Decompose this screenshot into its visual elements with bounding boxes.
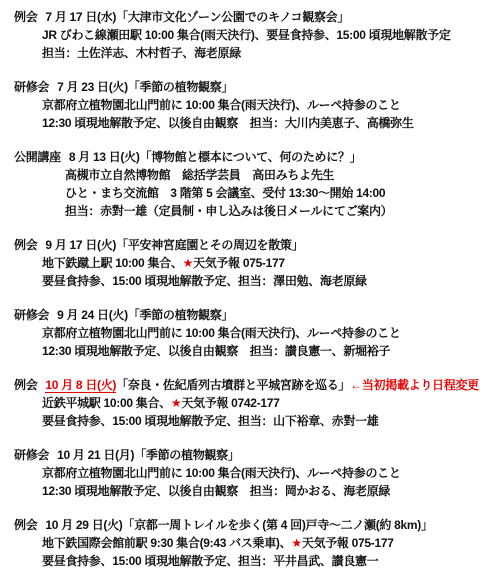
- event-text: 9 月 17 日(火)「平安神宮庭園とその周辺を散策」: [45, 238, 303, 252]
- event-detail-line: 近鉄平城駅 10:00 集合、★天気予報 0742-177: [42, 394, 478, 412]
- star-icon: ★: [171, 396, 181, 410]
- event-detail-line: 京都府立植物園北山門前に 10:00 集合(雨天決行)、ルーペ持参のこと: [42, 324, 478, 342]
- event-detail-line: 京都府立植物園北山門前に 10:00 集合(雨天決行)、ルーペ持参のこと: [42, 96, 478, 114]
- event-detail-line: 京都府立植物園北山門前に 10:00 集合(雨天決行)、ルーペ持参のこと: [42, 464, 478, 482]
- event-text: 12:30 頃現地解散予定、以後自由観察 担当：大川内美恵子、高橋弥生: [42, 116, 414, 130]
- event-text: JR びわこ線瀬田駅 10:00 集合(雨天決行)、要昼食持参、15:00 頃現…: [42, 28, 451, 42]
- event-text: 12:30 頃現地解散予定、以後自由観察 担当：岡かおる、海老原緑: [42, 484, 390, 498]
- event-category-label: 例会: [14, 238, 37, 252]
- event-detail-line: 高槻市立自然博物館 総括学芸員 高田みちよ先生: [65, 166, 478, 184]
- event-entry: 研修会10 月 21 日(月)「季節の植物観察」京都府立植物園北山門前に 10:…: [14, 446, 478, 500]
- event-entry: 例会7 月 17 日(水)「大津市文化ゾーン公園でのキノコ観察会」JR びわこ線…: [14, 8, 478, 62]
- event-text: 高槻市立自然博物館 総括学芸員 高田みちよ先生: [65, 168, 334, 182]
- event-entry: 公開講座8 月 13 日(火)「博物館と標本について、何のために？」高槻市立自然…: [14, 148, 478, 220]
- event-text: ひと・まち交流館 3 階第 5 会議室、受付 13:30～開始 14:00: [65, 186, 385, 200]
- event-detail-line: 要昼食持参、15:00 頃現地解散予定、担当：山下裕章、赤對一雄: [42, 412, 478, 430]
- event-category-label: 研修会: [14, 80, 49, 94]
- event-category-label: 公開講座: [14, 150, 61, 164]
- star-icon: ★: [183, 256, 193, 270]
- event-title-line: 例会7 月 17 日(水)「大津市文化ゾーン公園でのキノコ観察会」: [14, 8, 478, 26]
- event-text: 要昼食持参、15:00 頃現地解散予定、担当：平井昌武、讃良憲一: [42, 554, 378, 568]
- event-text: 天気予報 075-177: [193, 256, 285, 270]
- event-title-line: 例会10 月 8 日(火)「奈良・佐紀盾列古墳群と平城宮跡を巡る」←当初掲載より…: [14, 376, 478, 394]
- event-title-line: 研修会7 月 23 日(火)「季節の植物観察」: [14, 78, 478, 96]
- event-detail-line: 担当：赤對一雄（定員制・申し込みは後日メールにてご案内）: [65, 202, 478, 220]
- event-detail-line: 地下鉄国際会館前駅 9:30 集合(9:43 バス乗車)、★天気予報 075-1…: [42, 534, 478, 552]
- event-entry: 研修会9 月 24 日(火)「季節の植物観察」京都府立植物園北山門前に 10:0…: [14, 306, 478, 360]
- event-text: 9 月 24 日(火)「季節の植物観察」: [57, 308, 233, 322]
- event-text: 7 月 17 日(水)「大津市文化ゾーン公園でのキノコ観察会」: [45, 10, 349, 24]
- event-text: 要昼食持参、15:00 頃現地解散予定、担当：澤田勉、海老原緑: [42, 274, 367, 288]
- event-detail-line: 担当：土佐洋志、木村哲子、海老原緑: [42, 44, 478, 62]
- event-detail-line: 12:30 頃現地解散予定、以後自由観察 担当：岡かおる、海老原緑: [42, 482, 478, 500]
- event-text: 京都府立植物園北山門前に 10:00 集合(雨天決行)、ルーペ持参のこと: [42, 326, 401, 340]
- event-text: 10 月 29 日(火)「京都一周トレイルを歩く(第 4 回)戸寺～二ノ瀬(約 …: [45, 518, 432, 532]
- event-text: 「奈良・佐紀盾列古墳群と平城宮跡を巡る」: [116, 378, 350, 392]
- event-title-line: 例会9 月 17 日(火)「平安神宮庭園とその周辺を散策」: [14, 236, 478, 254]
- event-category-label: 例会: [14, 378, 37, 392]
- event-entry: 例会10 月 29 日(火)「京都一周トレイルを歩く(第 4 回)戸寺～二ノ瀬(…: [14, 516, 478, 570]
- event-text: 京都府立植物園北山門前に 10:00 集合(雨天決行)、ルーペ持参のこと: [42, 466, 401, 480]
- event-text: 担当：赤對一雄（定員制・申し込みは後日メールにてご案内）: [65, 204, 392, 218]
- event-text: 天気予報 0742-177: [181, 396, 279, 410]
- event-text: 担当：土佐洋志、木村哲子、海老原緑: [42, 46, 241, 60]
- event-text: 10 月 21 日(月)「季節の植物観察」: [57, 448, 239, 462]
- event-title-line: 例会10 月 29 日(火)「京都一周トレイルを歩く(第 4 回)戸寺～二ノ瀬(…: [14, 516, 478, 534]
- event-title-line: 研修会9 月 24 日(火)「季節の植物観察」: [14, 306, 478, 324]
- star-icon: ★: [291, 536, 301, 550]
- event-text: 天気予報 075-177: [302, 536, 394, 550]
- event-text: 地下鉄国際会館前駅 9:30 集合(9:43 バス乗車)、: [42, 536, 291, 550]
- event-entry: 例会9 月 17 日(火)「平安神宮庭園とその周辺を散策」地下鉄蹴上駅 10:0…: [14, 236, 478, 290]
- event-title-line: 公開講座8 月 13 日(火)「博物館と標本について、何のために？」: [14, 148, 478, 166]
- event-detail-line: 要昼食持参、15:00 頃現地解散予定、担当：平井昌武、讃良憲一: [42, 552, 478, 570]
- event-text: 近鉄平城駅 10:00 集合、: [42, 396, 171, 410]
- event-detail-line: ひと・まち交流館 3 階第 5 会議室、受付 13:30～開始 14:00: [65, 184, 478, 202]
- event-text: 12:30 頃現地解散予定、以後自由観察 担当：讃良憲一、新堀裕子: [42, 344, 390, 358]
- event-title-line: 研修会10 月 21 日(月)「季節の植物観察」: [14, 446, 478, 464]
- event-detail-line: 12:30 頃現地解散予定、以後自由観察 担当：大川内美恵子、高橋弥生: [42, 114, 478, 132]
- event-text: 7 月 23 日(火)「季節の植物観察」: [57, 80, 233, 94]
- event-text: 地下鉄蹴上駅 10:00 集合、: [42, 256, 183, 270]
- event-entry: 例会10 月 8 日(火)「奈良・佐紀盾列古墳群と平城宮跡を巡る」←当初掲載より…: [14, 376, 478, 430]
- event-text: 要昼食持参、15:00 頃現地解散予定、担当：山下裕章、赤對一雄: [42, 414, 378, 428]
- event-category-label: 例会: [14, 518, 37, 532]
- event-category-label: 研修会: [14, 308, 49, 322]
- changed-date: 10 月 8 日(火): [45, 378, 116, 393]
- event-detail-line: 地下鉄蹴上駅 10:00 集合、★天気予報 075-177: [42, 254, 478, 272]
- date-change-note: ←当初掲載より日程変更: [350, 378, 479, 392]
- event-text: 8 月 13 日(火)「博物館と標本について、何のために？」: [69, 150, 362, 164]
- event-detail-line: 12:30 頃現地解散予定、以後自由観察 担当：讃良憲一、新堀裕子: [42, 342, 478, 360]
- event-detail-line: 要昼食持参、15:00 頃現地解散予定、担当：澤田勉、海老原緑: [42, 272, 478, 290]
- event-entry: 研修会7 月 23 日(火)「季節の植物観察」京都府立植物園北山門前に 10:0…: [14, 78, 478, 132]
- event-text: 京都府立植物園北山門前に 10:00 集合(雨天決行)、ルーペ持参のこと: [42, 98, 401, 112]
- event-category-label: 研修会: [14, 448, 49, 462]
- event-schedule-document: 例会7 月 17 日(水)「大津市文化ゾーン公園でのキノコ観察会」JR びわこ線…: [0, 0, 480, 572]
- event-category-label: 例会: [14, 10, 37, 24]
- event-detail-line: JR びわこ線瀬田駅 10:00 集合(雨天決行)、要昼食持参、15:00 頃現…: [42, 26, 478, 44]
